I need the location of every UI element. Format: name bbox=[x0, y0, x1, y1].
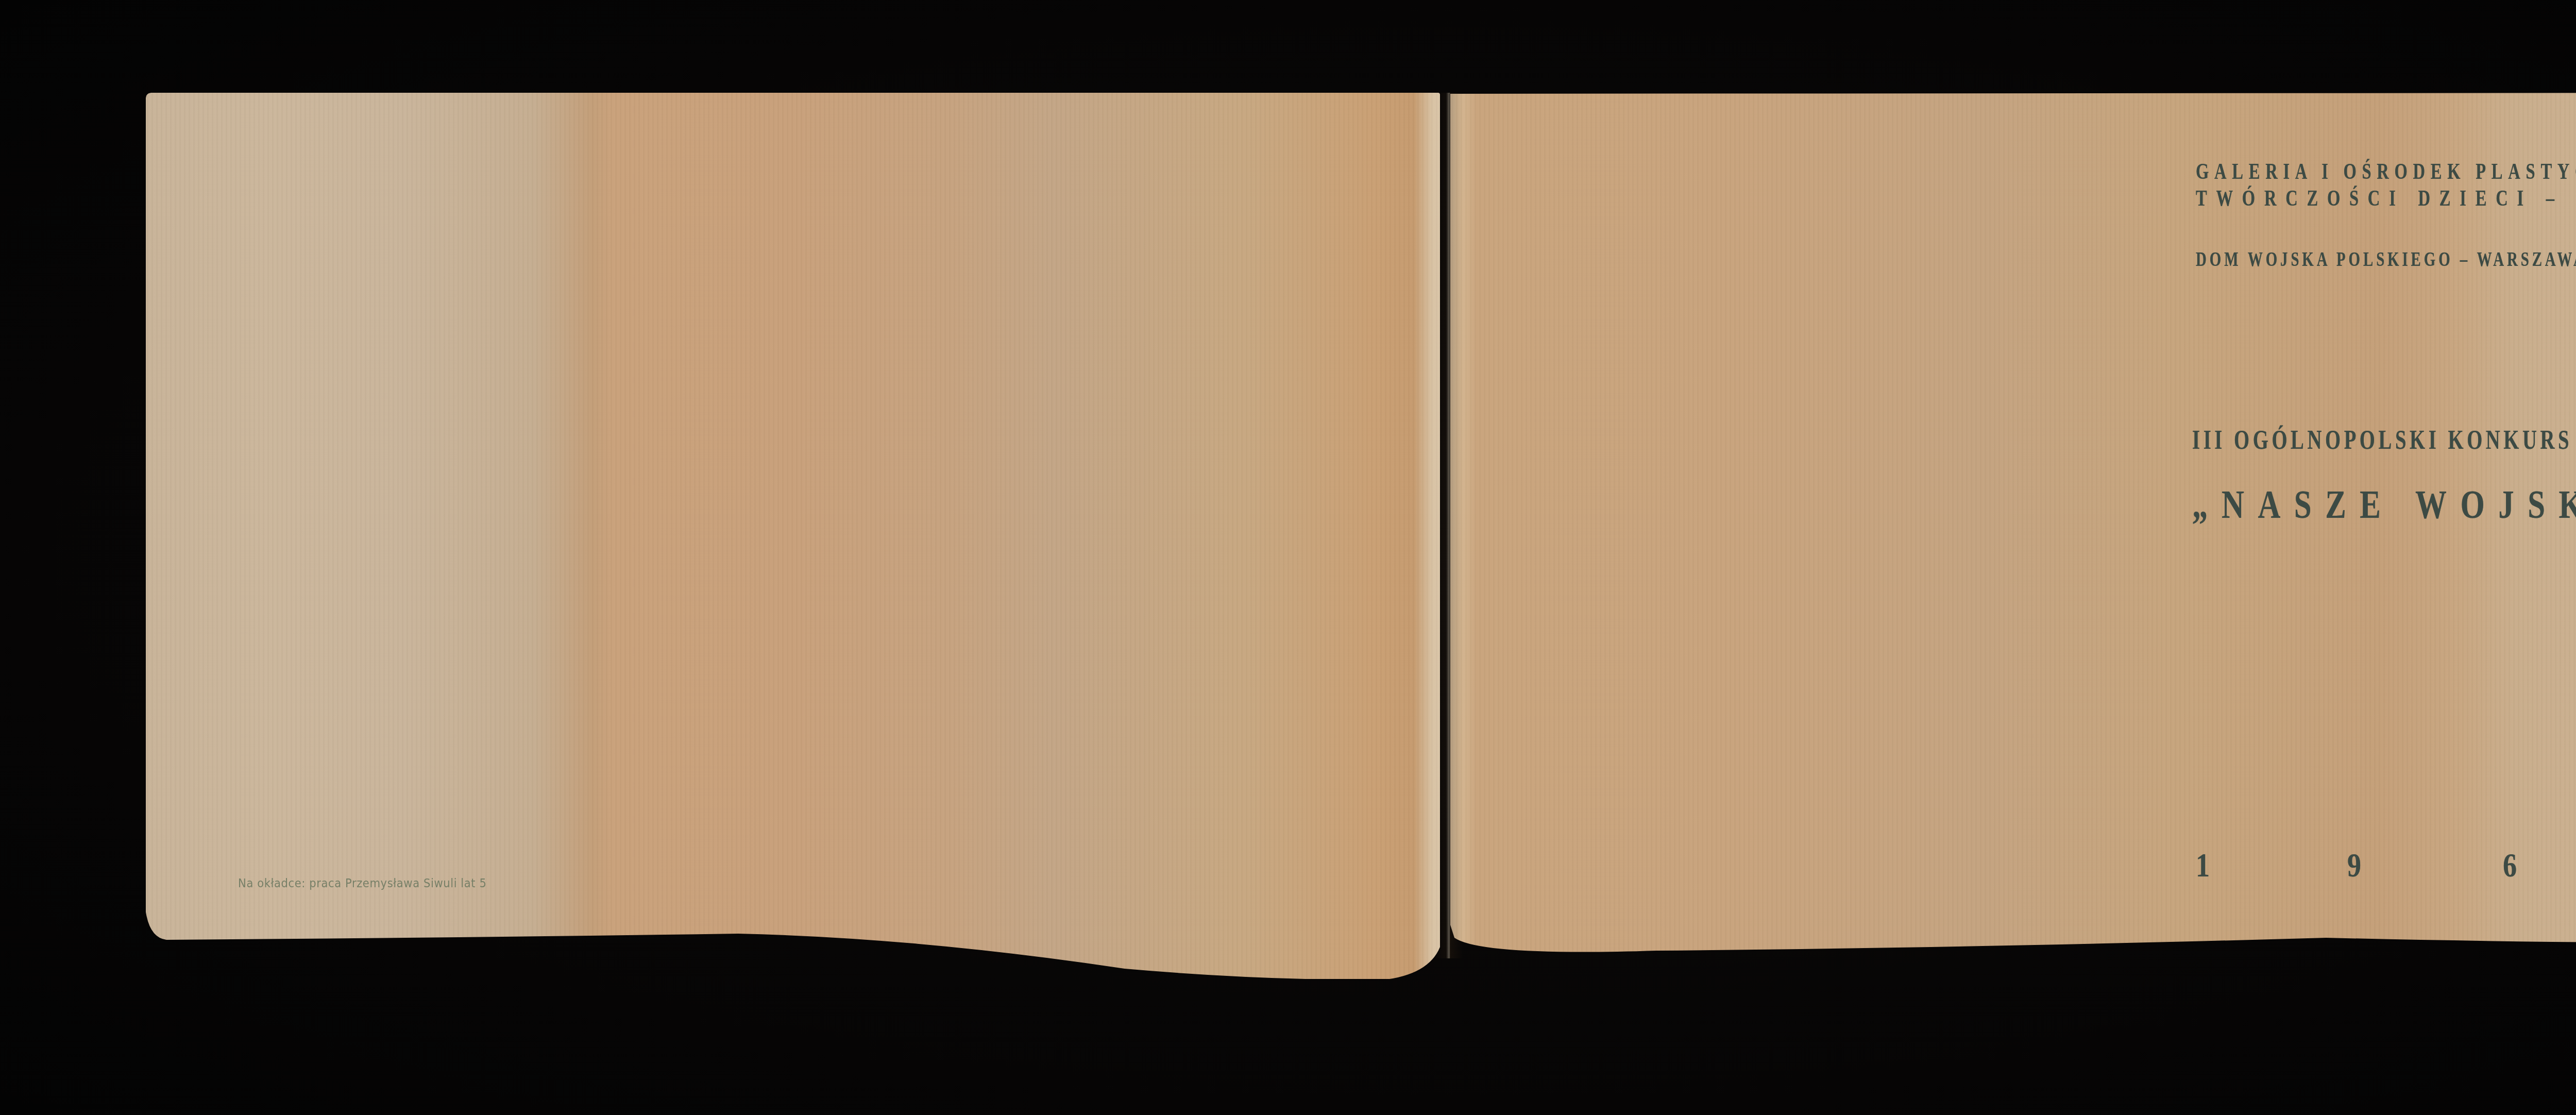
right-page bbox=[1450, 93, 2576, 989]
year-digit: 9 bbox=[2347, 849, 2361, 883]
left-page bbox=[146, 93, 1440, 979]
year-digit: 6 bbox=[2503, 849, 2517, 883]
organizer-line-2: TWÓRCZOŚCI DZIECI – TORUŃ bbox=[2196, 187, 2576, 210]
cover-credit-caption: Na okładce: praca Przemysława Siwuli lat… bbox=[238, 877, 486, 890]
contest-title: „NASZE WOJSKO“ bbox=[2192, 484, 2576, 525]
organizer-line-1: GALERIA I OŚRODEK PLASTYCZNEJ bbox=[2196, 160, 2576, 183]
organizer-line-3: DOM WOJSKA POLSKIEGO – WARSZAWA bbox=[2196, 249, 2576, 269]
contest-heading: III OGÓLNOPOLSKI KONKURS bbox=[2192, 427, 2572, 454]
year-digit: 1 bbox=[2196, 849, 2210, 883]
